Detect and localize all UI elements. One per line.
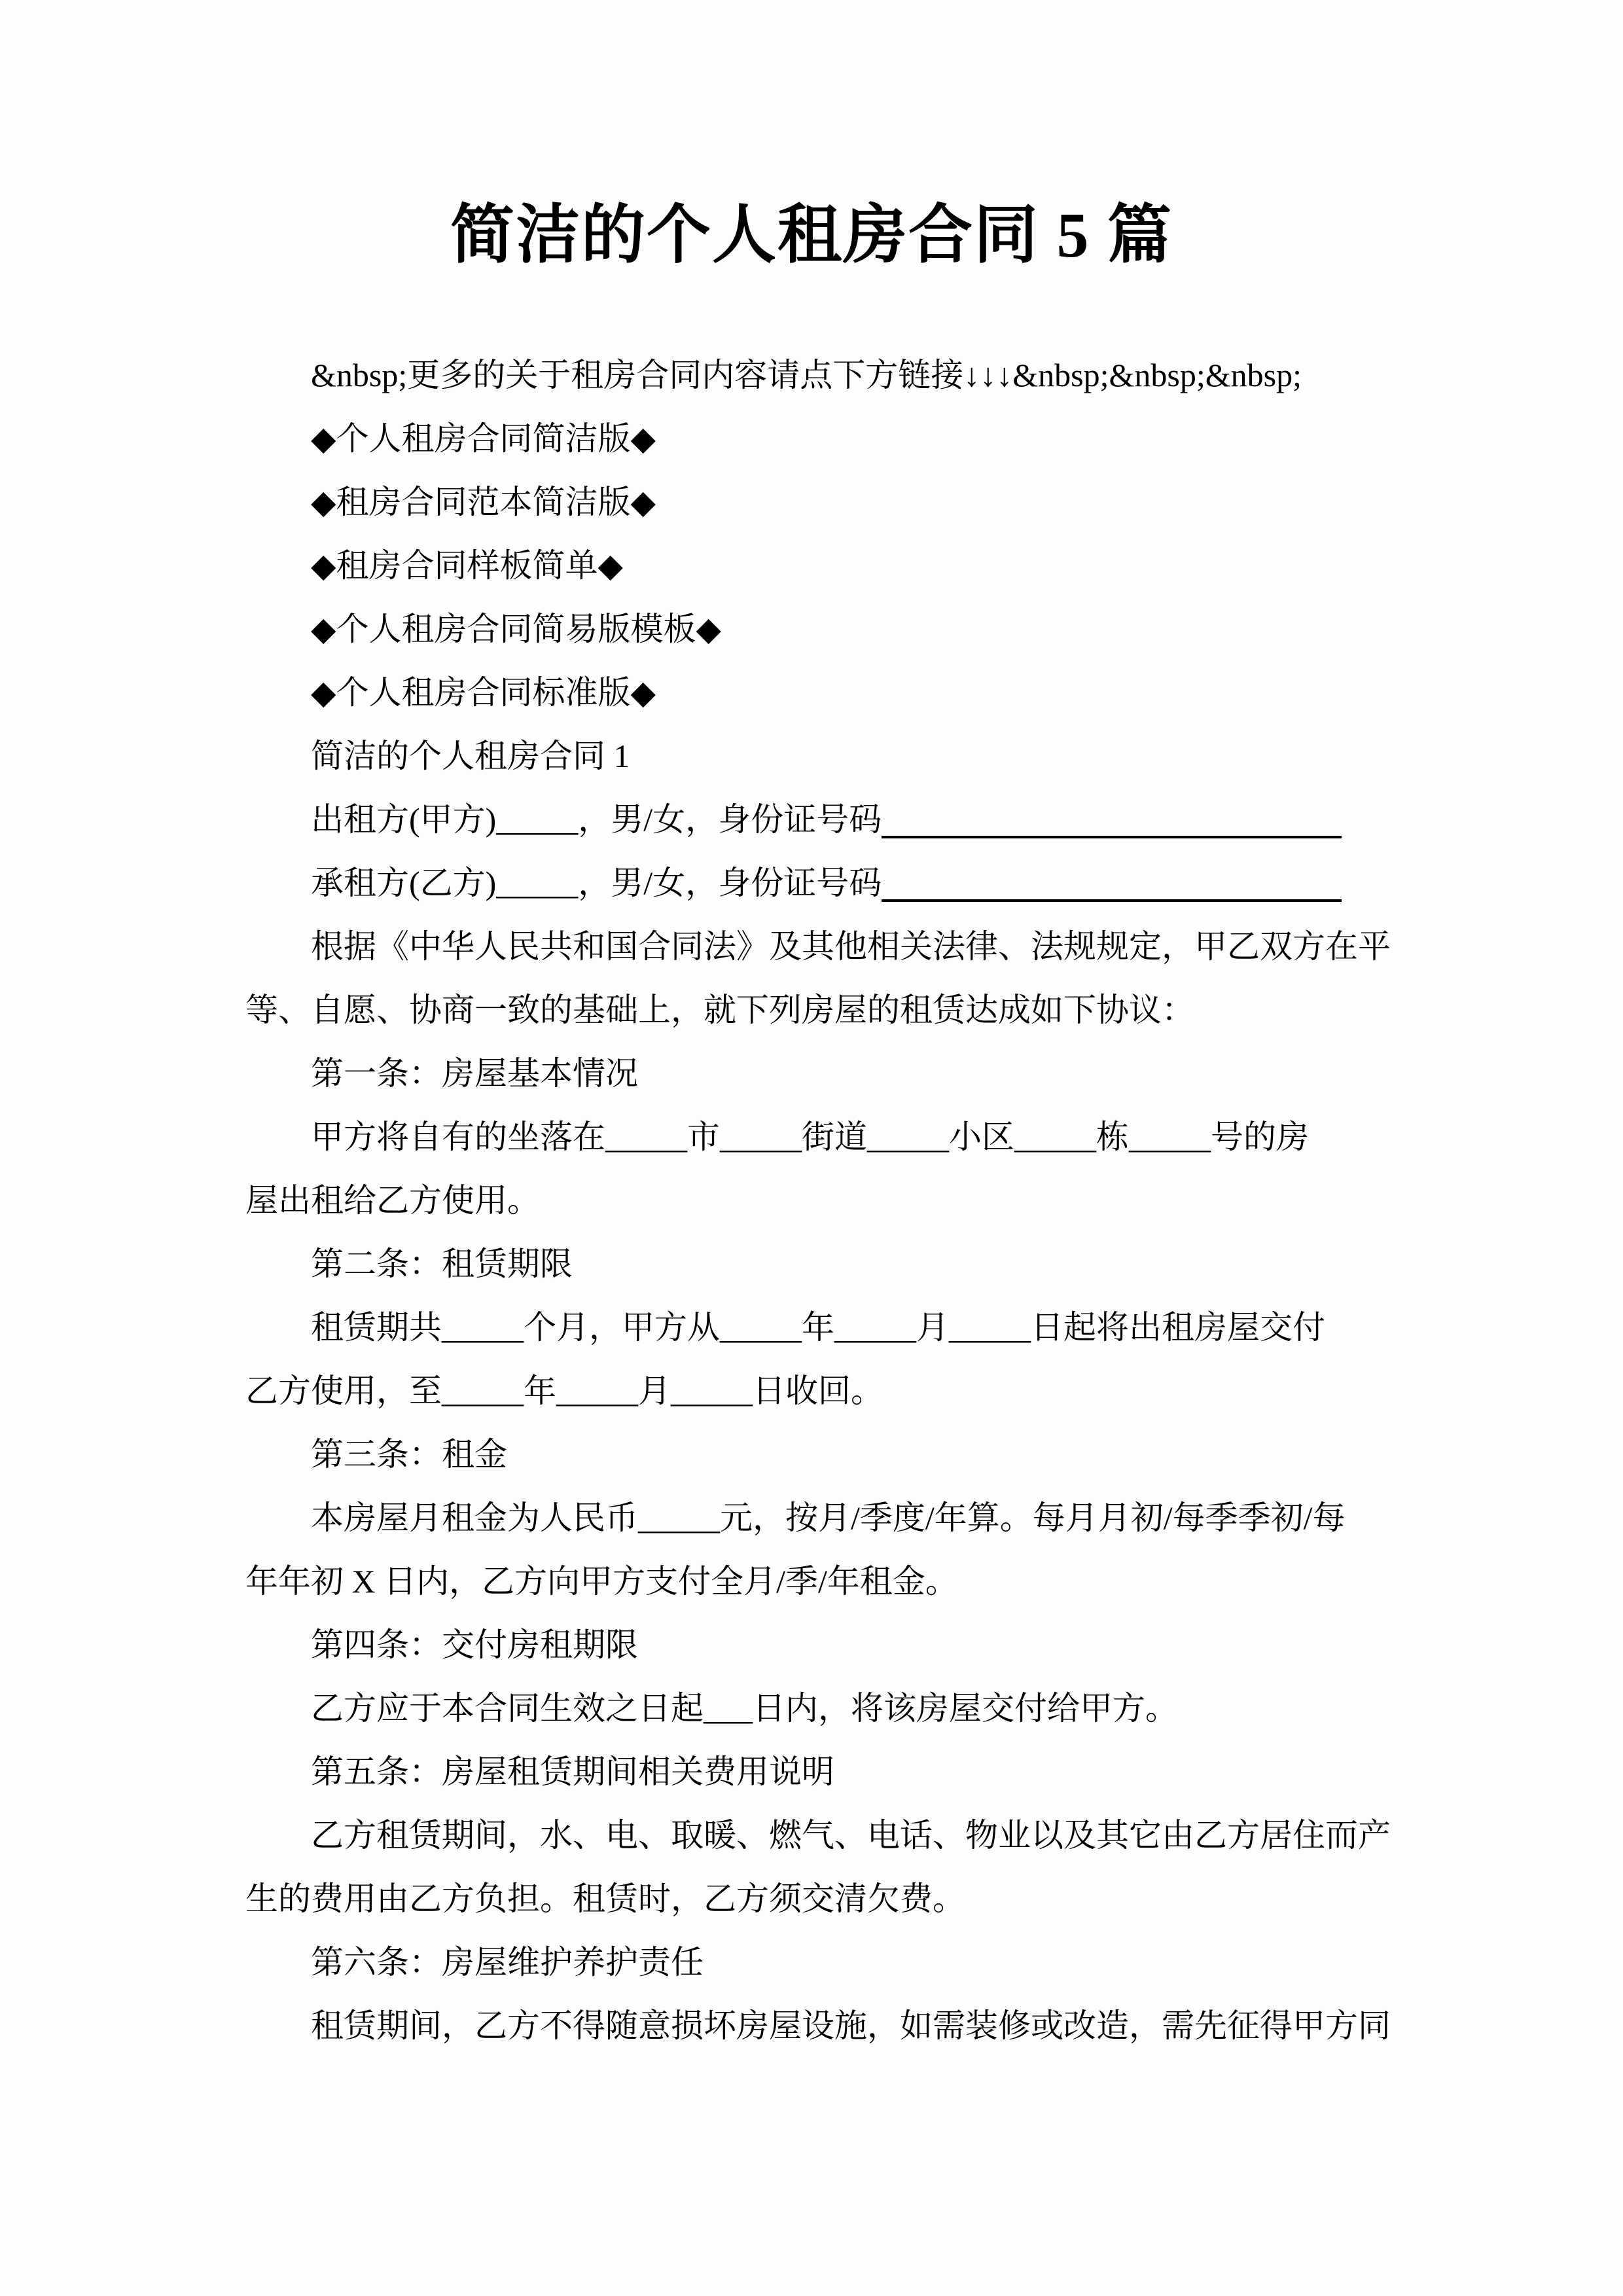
link-rental-sample-simple[interactable]: ◆租房合同样板简单◆ xyxy=(245,534,1378,598)
blank-underline xyxy=(882,788,1342,838)
line-text: 出租方(甲方)_____，男/女，身份证号码 xyxy=(311,788,882,852)
clause-5-line-1: 乙方租赁期间，水、电、取暖、燃气、电话、物业以及其它由乙方居住而产 xyxy=(245,1804,1378,1867)
clause-1-line-1: 甲方将自有的坐落在_____市_____街道_____小区_____栋_____… xyxy=(245,1105,1378,1169)
clause-3-line-1: 本房屋月租金为人民币_____元，按月/季度/年算。每月月初/每季季初/每 xyxy=(245,1486,1378,1550)
link-personal-rental-standard[interactable]: ◆个人租房合同标准版◆ xyxy=(245,661,1378,725)
party-a-line: 出租方(甲方)_____，男/女，身份证号码 xyxy=(245,788,1378,852)
clause-4-line-1: 乙方应于本合同生效之日起___日内，将该房屋交付给甲方。 xyxy=(245,1677,1378,1740)
document-page: 简洁的个人租房合同 5 篇 &nbsp;更多的关于租房合同内容请点下方链接↓↓↓… xyxy=(0,0,1623,2296)
clause-3-line-2: 年年初 X 日内，乙方向甲方支付全月/季/年租金。 xyxy=(245,1550,1378,1613)
clause-1-line-2: 屋出租给乙方使用。 xyxy=(245,1169,1378,1232)
preamble-line-2: 等、自愿、协商一致的基础上，就下列房屋的租赁达成如下协议： xyxy=(245,978,1378,1042)
document-title: 简洁的个人租房合同 5 篇 xyxy=(0,193,1623,278)
link-personal-rental-easy-template[interactable]: ◆个人租房合同简易版模板◆ xyxy=(245,598,1378,661)
clause-2-heading: 第二条：租赁期限 xyxy=(245,1232,1378,1296)
clause-3-heading: 第三条：租金 xyxy=(245,1423,1378,1486)
clause-2-line-2: 乙方使用，至_____年_____月_____日收回。 xyxy=(245,1359,1378,1423)
clause-2-line-1: 租赁期共_____个月，甲方从_____年_____月_____日起将出租房屋交… xyxy=(245,1296,1378,1359)
link-personal-rental-concise[interactable]: ◆个人租房合同简洁版◆ xyxy=(245,407,1378,471)
link-rental-template-concise[interactable]: ◆租房合同范本简洁版◆ xyxy=(245,471,1378,534)
clause-4-heading: 第四条：交付房租期限 xyxy=(245,1613,1378,1677)
preamble-line-1: 根据《中华人民共和国合同法》及其他相关法律、法规规定，甲乙双方在平 xyxy=(245,915,1378,978)
document-body: &nbsp;更多的关于租房合同内容请点下方链接↓↓↓&nbsp;&nbsp;&n… xyxy=(245,344,1378,2058)
clause-5-heading: 第五条：房屋租赁期间相关费用说明 xyxy=(245,1740,1378,1804)
line-text: 承租方(乙方)_____，男/女，身份证号码 xyxy=(311,852,882,915)
intro-line: &nbsp;更多的关于租房合同内容请点下方链接↓↓↓&nbsp;&nbsp;&n… xyxy=(245,344,1378,407)
contract-subtitle: 简洁的个人租房合同 1 xyxy=(245,725,1378,788)
clause-1-heading: 第一条：房屋基本情况 xyxy=(245,1042,1378,1105)
clause-6-line-1: 租赁期间，乙方不得随意损坏房屋设施，如需装修或改造，需先征得甲方同 xyxy=(245,1994,1378,2058)
party-b-line: 承租方(乙方)_____，男/女，身份证号码 xyxy=(245,852,1378,915)
clause-5-line-2: 生的费用由乙方负担。租赁时，乙方须交清欠费。 xyxy=(245,1867,1378,1931)
blank-underline xyxy=(882,852,1342,902)
clause-6-heading: 第六条：房屋维护养护责任 xyxy=(245,1931,1378,1994)
